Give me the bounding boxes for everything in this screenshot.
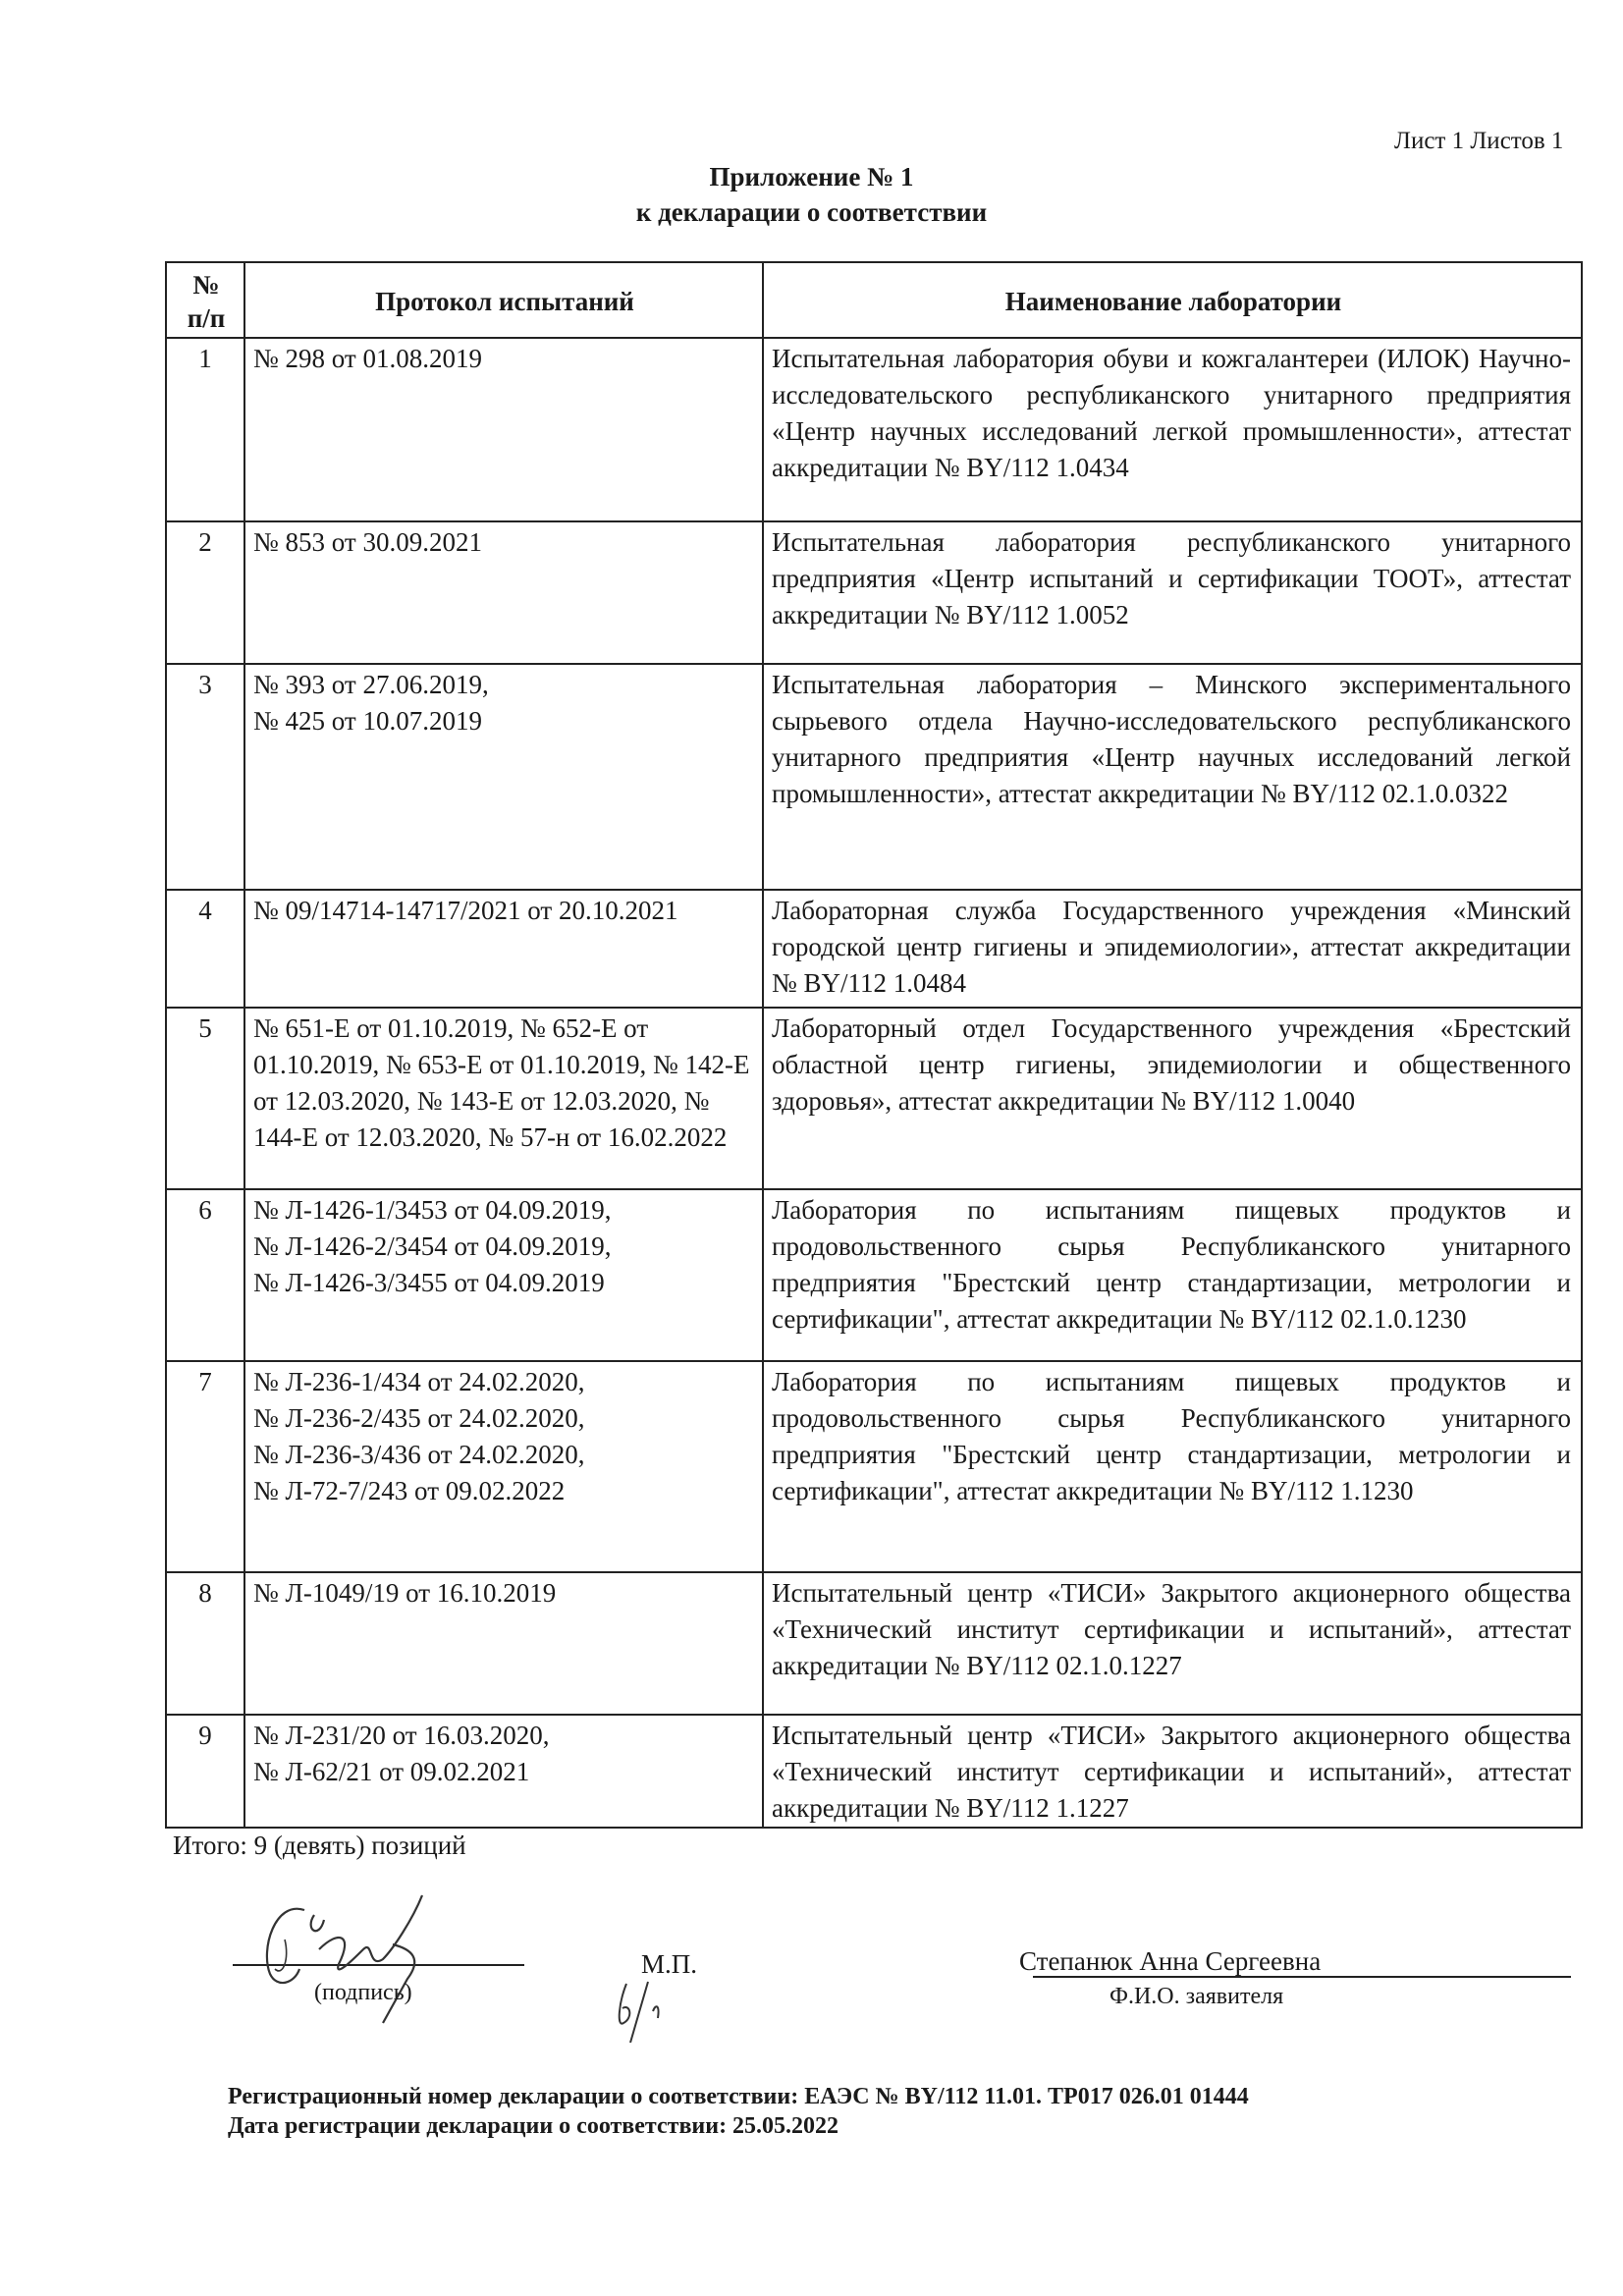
laboratory-cell: Испытательная лаборатория обуви и кожгал… [763, 338, 1582, 521]
header-number-label: п/п [175, 301, 238, 335]
table-row: 5№ 651-Е от 01.10.2019, № 652-Е от 01.10… [166, 1008, 1582, 1189]
row-number: 8 [166, 1572, 244, 1715]
protocol-cell: № 853 от 30.09.2021 [244, 521, 763, 664]
row-number: 3 [166, 664, 244, 890]
table-row: 9№ Л-231/20 от 16.03.2020, № Л-62/21 от … [166, 1715, 1582, 1828]
registration-date: Дата регистрации декларации о соответств… [228, 2113, 839, 2140]
table-row: 3№ 393 от 27.06.2019, № 425 от 10.07.201… [166, 664, 1582, 890]
protocol-cell: № Л-1049/19 от 16.10.2019 [244, 1572, 763, 1715]
laboratory-cell: Испытательный центр «ТИСИ» Закрытого акц… [763, 1715, 1582, 1828]
protocol-cell: № 393 от 27.06.2019, № 425 от 10.07.2019 [244, 664, 763, 890]
laboratory-cell: Испытательная лаборатория – Минского экс… [763, 664, 1582, 890]
name-caption: Ф.И.О. заявителя [1109, 1984, 1283, 2010]
table-row: 1№ 298 от 01.08.2019Испытательная лабора… [166, 338, 1582, 521]
table-row: 2№ 853 от 30.09.2021Испытательная лабора… [166, 521, 1582, 664]
laboratory-cell: Лабораторная служба Государственного учр… [763, 890, 1582, 1008]
laboratory-cell: Лабораторный отдел Государственного учре… [763, 1008, 1582, 1189]
laboratories-table: № п/п Протокол испытаний Наименование ла… [165, 261, 1583, 1829]
laboratory-cell: Испытательный центр «ТИСИ» Закрытого акц… [763, 1572, 1582, 1715]
document-title: Приложение № 1 к декларации о соответств… [0, 159, 1623, 230]
row-number: 9 [166, 1715, 244, 1828]
header-number-symbol: № [175, 268, 238, 301]
handwritten-signature [245, 1890, 501, 2028]
signature-caption: (подпись) [314, 1980, 412, 2006]
table-row: 6№ Л-1426-1/3453 от 04.09.2019, № Л-1426… [166, 1189, 1582, 1361]
row-number: 5 [166, 1008, 244, 1189]
protocol-cell: № Л-236-1/434 от 24.02.2020, № Л-236-2/4… [244, 1361, 763, 1572]
laboratory-cell: Лаборатория по испытаниям пищевых продук… [763, 1189, 1582, 1361]
row-number: 7 [166, 1361, 244, 1572]
table-header-row: № п/п Протокол испытаний Наименование ла… [166, 262, 1582, 338]
row-number: 2 [166, 521, 244, 664]
table-row: 7№ Л-236-1/434 от 24.02.2020, № Л-236-2/… [166, 1361, 1582, 1572]
row-number: 6 [166, 1189, 244, 1361]
protocol-cell: № Л-1426-1/3453 от 04.09.2019, № Л-1426-… [244, 1189, 763, 1361]
row-number: 4 [166, 890, 244, 1008]
title-line-1: Приложение № 1 [0, 159, 1623, 194]
protocol-cell: № Л-231/20 от 16.03.2020, № Л-62/21 от 0… [244, 1715, 763, 1828]
table-row: 8№ Л-1049/19 от 16.10.2019Испытательный … [166, 1572, 1582, 1715]
protocol-cell: № 651-Е от 01.10.2019, № 652-Е от 01.10.… [244, 1008, 763, 1189]
column-header-protocol: Протокол испытаний [244, 262, 763, 338]
laboratory-cell: Испытательная лаборатория республиканско… [763, 521, 1582, 664]
sheet-counter: Лист 1 Листов 1 [1394, 128, 1563, 155]
protocol-cell: № 298 от 01.08.2019 [244, 338, 763, 521]
handwritten-initials [609, 1974, 677, 2043]
title-line-2: к декларации о соответствии [0, 194, 1623, 230]
protocol-cell: № 09/14714-14717/2021 от 20.10.2021 [244, 890, 763, 1008]
column-header-laboratory: Наименование лаборатории [763, 262, 1582, 338]
row-number: 1 [166, 338, 244, 521]
registration-number: Регистрационный номер декларации о соотв… [228, 2084, 1249, 2110]
applicant-name: Степанюк Анна Сергеевна [1019, 1946, 1321, 1977]
column-header-number: № п/п [166, 262, 244, 338]
table-row: 4№ 09/14714-14717/2021 от 20.10.2021Лабо… [166, 890, 1582, 1008]
total-positions: Итого: 9 (девять) позиций [173, 1831, 466, 1861]
laboratory-cell: Лаборатория по испытаниям пищевых продук… [763, 1361, 1582, 1572]
